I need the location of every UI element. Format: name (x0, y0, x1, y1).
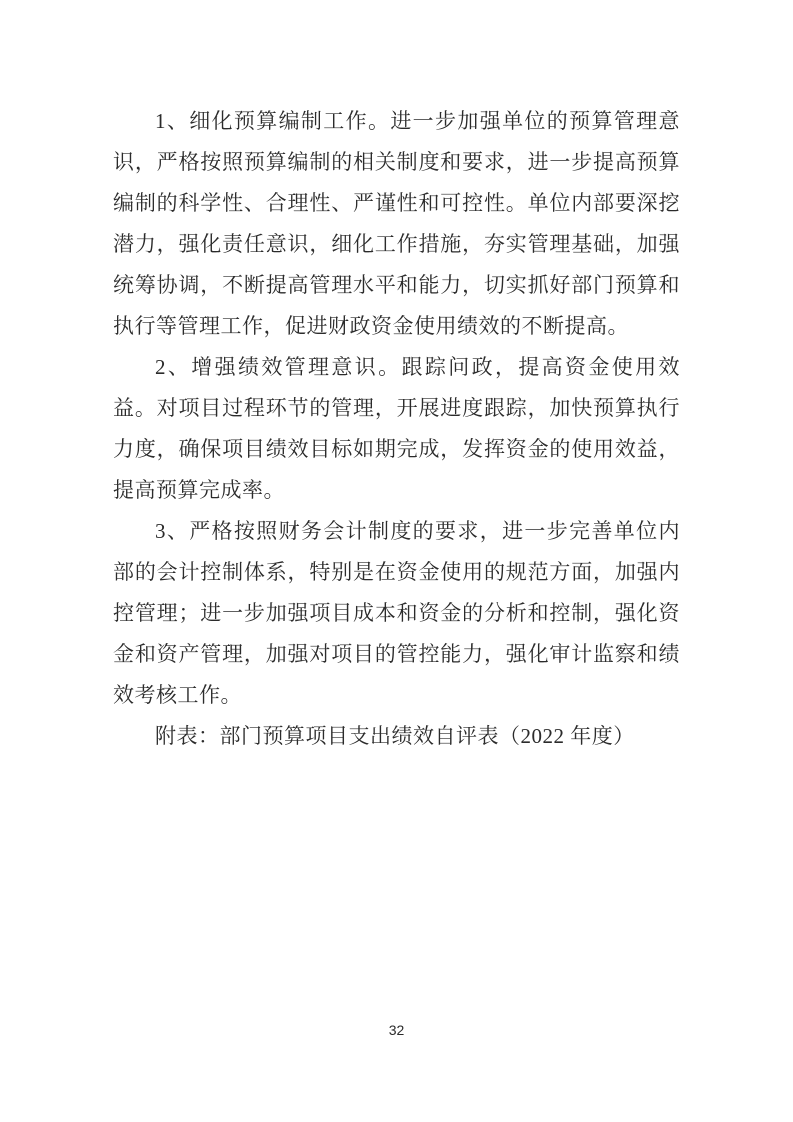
document-body: 1、细化预算编制工作。进一步加强单位的预算管理意识，严格按照预算编制的相关制度和… (113, 101, 680, 757)
document-page: 1、细化预算编制工作。进一步加强单位的预算管理意识，严格按照预算编制的相关制度和… (0, 0, 793, 1122)
paragraph-3: 3、严格按照财务会计制度的要求，进一步完善单位内部的会计控制体系，特别是在资金使… (113, 511, 680, 716)
paragraph-1: 1、细化预算编制工作。进一步加强单位的预算管理意识，严格按照预算编制的相关制度和… (113, 101, 680, 347)
attachment-note: 附表：部门预算项目支出绩效自评表（2022 年度） (113, 716, 680, 757)
page-number: 32 (0, 1022, 793, 1038)
paragraph-2: 2、增强绩效管理意识。跟踪问政，提高资金使用效益。对项目过程环节的管理，开展进度… (113, 347, 680, 511)
